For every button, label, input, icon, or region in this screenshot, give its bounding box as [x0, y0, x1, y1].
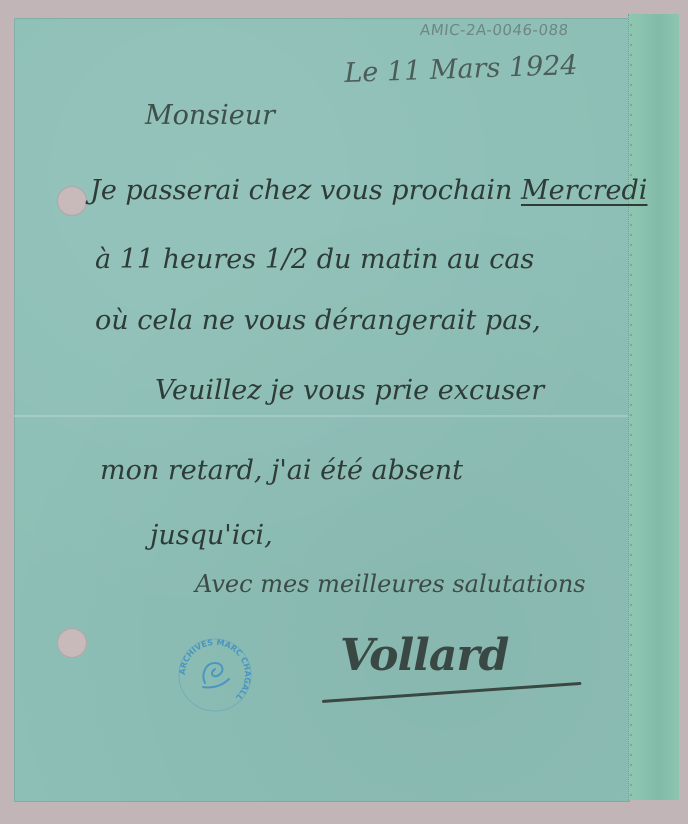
- body-line-5: mon retard, j'ai été absent: [100, 455, 463, 486]
- body-line-2: à 11 heures 1/2 du matin au cas: [95, 244, 534, 275]
- scanned-letter: AMIC-2A-0046-088 Le 11 Mars 1924 Monsieu…: [0, 0, 688, 824]
- body-line-1-text: Je passerai chez vous prochain: [90, 175, 521, 206]
- punch-hole-bottom: [57, 628, 87, 658]
- closing-line: Avec mes meilleures salutations: [195, 570, 586, 598]
- signature: Vollard: [340, 630, 508, 681]
- tear-off-strip: [628, 14, 679, 800]
- body-line-4: Veuillez je vous prie excuser: [155, 375, 544, 406]
- punch-hole-top: [57, 186, 87, 216]
- body-line-3: où cela ne vous dérangerait pas,: [95, 305, 541, 336]
- perforation-line: [629, 20, 633, 800]
- body-line-1: Je passerai chez vous prochain Mercredi: [90, 175, 647, 206]
- archive-reference: AMIC-2A-0046-088: [419, 21, 570, 39]
- salutation: Monsieur: [145, 100, 275, 131]
- underlined-day: Mercredi: [521, 175, 647, 206]
- fold-crease: [14, 415, 630, 417]
- body-line-6: jusqu'ici,: [150, 520, 273, 551]
- archive-stamp-icon: ARCHIVES MARC CHAGALL: [175, 635, 255, 715]
